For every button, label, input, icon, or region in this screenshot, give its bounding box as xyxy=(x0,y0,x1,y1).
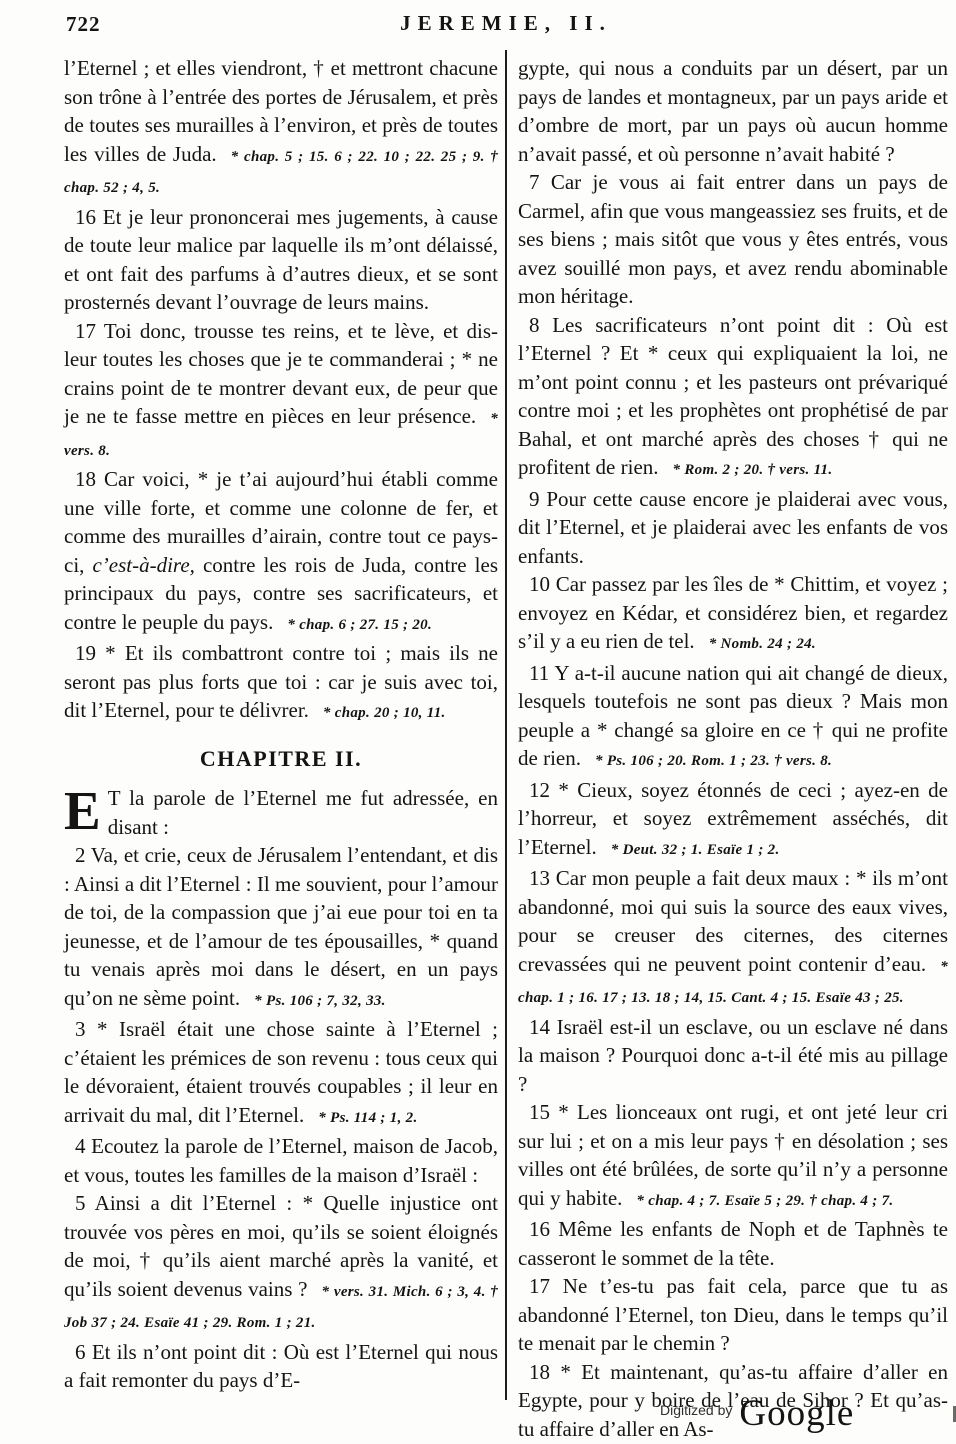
cross-references: * Nomb. 24 ; 24. xyxy=(695,636,816,652)
column-right: gypte, qui nous a conduits par un désert… xyxy=(518,54,948,1443)
verse: 8 Les sacrificateurs n’ont point dit : O… xyxy=(518,311,948,485)
running-title: JEREMIE, II. xyxy=(64,11,948,36)
footer: Digitized byGoogle xyxy=(660,1392,854,1438)
verse-text: 16 Et je leur prononcerai mes jugements,… xyxy=(64,205,498,315)
drop-cap-initial: E xyxy=(64,788,101,833)
verse-text: 3 * Israël était une chose sainte à l’Et… xyxy=(64,1017,498,1127)
verse: 19 * Et ils combattront contre toi ; mai… xyxy=(64,639,498,728)
verse-text: 16 Même les enfants de Noph et de Taphnè… xyxy=(518,1217,948,1270)
verse: l’Eternel ; et elles viendront, † et met… xyxy=(64,54,498,203)
verse-text: 9 Pour cette cause encore je plaiderai a… xyxy=(518,487,948,568)
verse: 15 * Les lionceaux ont rugi, et ont jeté… xyxy=(518,1098,948,1215)
verse: 12 * Cieux, soyez étonnés de ceci ; ayez… xyxy=(518,776,948,865)
chapter-opening-verse: ET la parole de l’Eternel me fut adressé… xyxy=(64,784,498,841)
verse: 11 Y a-t-il aucune nation qui ait changé… xyxy=(518,659,948,776)
digitized-by-label: Digitized by xyxy=(660,1402,732,1418)
verse: 2 Va, et crie, ceux de Jérusalem l’enten… xyxy=(64,841,498,1015)
verse: 9 Pour cette cause encore je plaiderai a… xyxy=(518,485,948,571)
verse-text: gypte, qui nous a conduits par un désert… xyxy=(518,56,948,166)
cross-references: * chap. 4 ; 7. Esaïe 5 ; 29. † chap. 4 ;… xyxy=(622,1193,893,1209)
google-logo: Google xyxy=(732,1393,854,1434)
verse-text: 6 Et ils n’ont point dit : Où est l’Eter… xyxy=(64,1340,498,1393)
verse: 18 Car voici, * je t’ai aujourd’hui étab… xyxy=(64,465,498,639)
verse-text: 14 Israël est-il un esclave, ou un escla… xyxy=(518,1015,948,1096)
verse: 6 Et ils n’ont point dit : Où est l’Eter… xyxy=(64,1338,498,1395)
verse: 7 Car je vous ai fait entrer dans un pay… xyxy=(518,168,948,311)
verse: gypte, qui nous a conduits par un désert… xyxy=(518,54,948,168)
column-left: l’Eternel ; et elles viendront, † et met… xyxy=(64,54,498,1395)
verse-text: 4 Ecoutez la parole de l’Eternel, maison… xyxy=(64,1134,498,1187)
verse: 3 * Israël était une chose sainte à l’Et… xyxy=(64,1015,498,1132)
column-divider xyxy=(505,50,507,1400)
verse: 10 Car passez par les îles de * Chittim,… xyxy=(518,570,948,659)
verse-text: T la parole de l’Eternel me fut adressée… xyxy=(108,786,498,839)
cross-references: * Ps. 106 ; 20. Rom. 1 ; 23. † vers. 8. xyxy=(581,753,832,769)
verse: 16 Même les enfants de Noph et de Taphnè… xyxy=(518,1215,948,1272)
cross-references: * chap. 6 ; 27. 15 ; 20. xyxy=(273,617,432,633)
verse-text: 7 Car je vous ai fait entrer dans un pay… xyxy=(518,170,948,308)
verse: 4 Ecoutez la parole de l’Eternel, maison… xyxy=(64,1132,498,1189)
italic-phrase: c’est-à-dire, xyxy=(92,553,194,577)
verse: 16 Et je leur prononcerai mes jugements,… xyxy=(64,203,498,317)
verse-text: 2 Va, et crie, ceux de Jérusalem l’enten… xyxy=(64,843,498,1010)
cross-references: * Ps. 106 ; 7, 32, 33. xyxy=(240,993,386,1009)
page-header: 722 JEREMIE, II. xyxy=(64,10,948,44)
cross-references: * Ps. 114 ; 1, 2. xyxy=(304,1110,417,1126)
cross-references: * chap. 20 ; 10, 11. xyxy=(309,705,446,721)
verse-text: 17 Toi donc, trousse tes reins, et te lè… xyxy=(64,319,498,429)
verse-text: 13 Car mon peuple a fait deux maux : * i… xyxy=(518,866,948,976)
verse: 17 Ne t’es-tu pas fait cela, parce que t… xyxy=(518,1272,948,1358)
verse: 17 Toi donc, trousse tes reins, et te lè… xyxy=(64,317,498,466)
verse-text: 17 Ne t’es-tu pas fait cela, parce que t… xyxy=(518,1274,948,1355)
verse: 5 Ainsi a dit l’Eternel : * Quelle injus… xyxy=(64,1189,498,1338)
verse: 14 Israël est-il un esclave, ou un escla… xyxy=(518,1013,948,1099)
chapter-heading: CHAPITRE II. xyxy=(64,745,498,774)
cross-references: * Deut. 32 ; 1. Esaïe 1 ; 2. xyxy=(597,842,780,858)
verse-text: 8 Les sacrificateurs n’ont point dit : O… xyxy=(518,313,948,480)
book-page: 722 JEREMIE, II. l’Eternel ; et elles vi… xyxy=(0,0,956,1444)
cross-references: * Rom. 2 ; 20. † vers. 11. xyxy=(659,462,833,478)
verse: 13 Car mon peuple a fait deux maux : * i… xyxy=(518,864,948,1013)
